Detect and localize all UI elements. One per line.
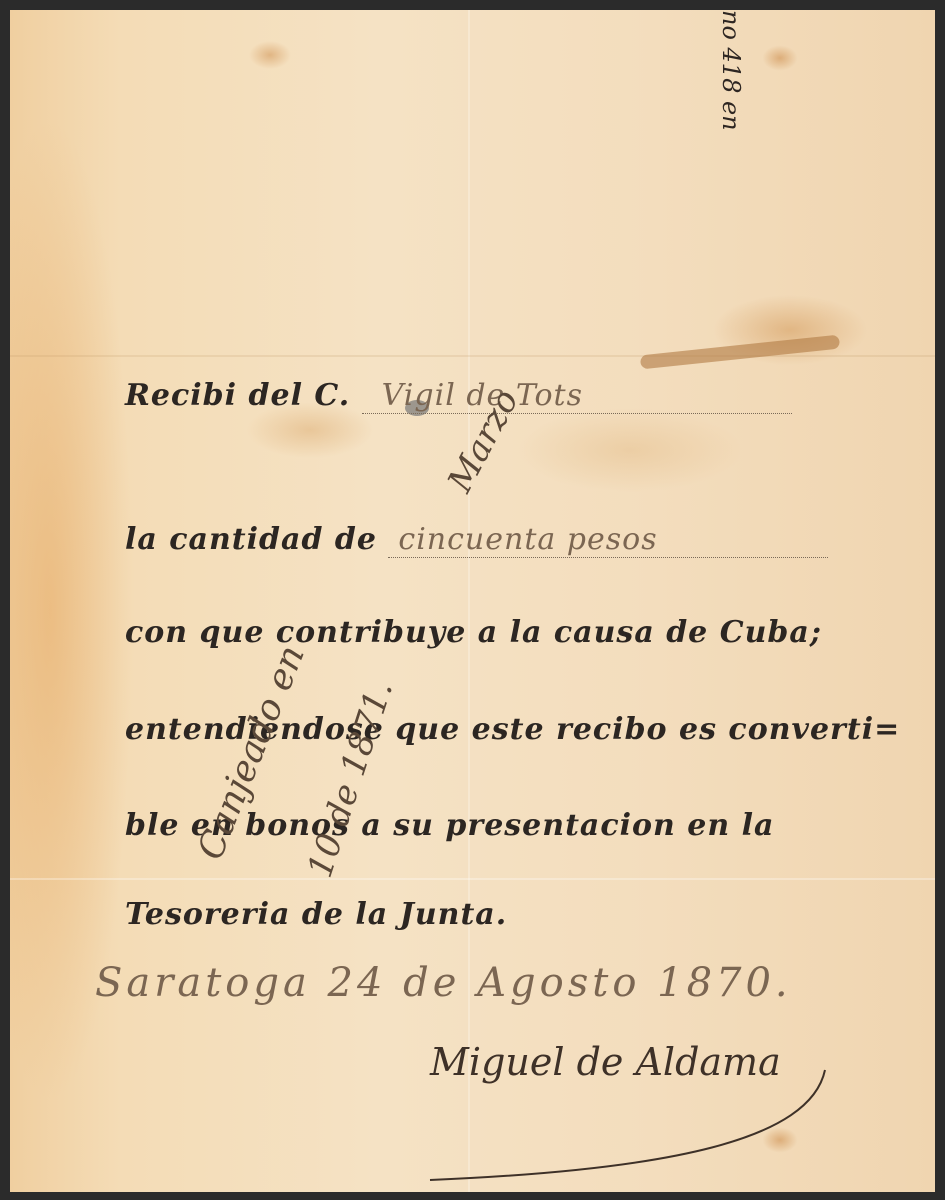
printed-line-6: Tesoreria de la Junta. xyxy=(125,897,507,932)
payer-name: Vigil de Tots xyxy=(362,378,583,413)
signature-flourish xyxy=(420,1060,840,1190)
printed-line-3: con que contribuye a la causa de Cuba; xyxy=(125,615,822,650)
horizontal-fold-line-top xyxy=(10,355,935,357)
place-date: Saratoga 24 de Agosto 1870. xyxy=(95,960,792,1006)
margin-note-vertical: no 418 en xyxy=(717,10,745,131)
amount-written: cincuenta pesos xyxy=(388,522,657,557)
horizontal-fold-line-bottom xyxy=(10,878,935,880)
printed-line-recibi: Recibi del C. Vigil de Tots xyxy=(125,378,792,414)
vertical-fold-line xyxy=(468,10,470,1192)
receipt-paper xyxy=(10,10,935,1192)
printed-line-cantidad: la cantidad de cincuenta pesos xyxy=(125,522,828,558)
